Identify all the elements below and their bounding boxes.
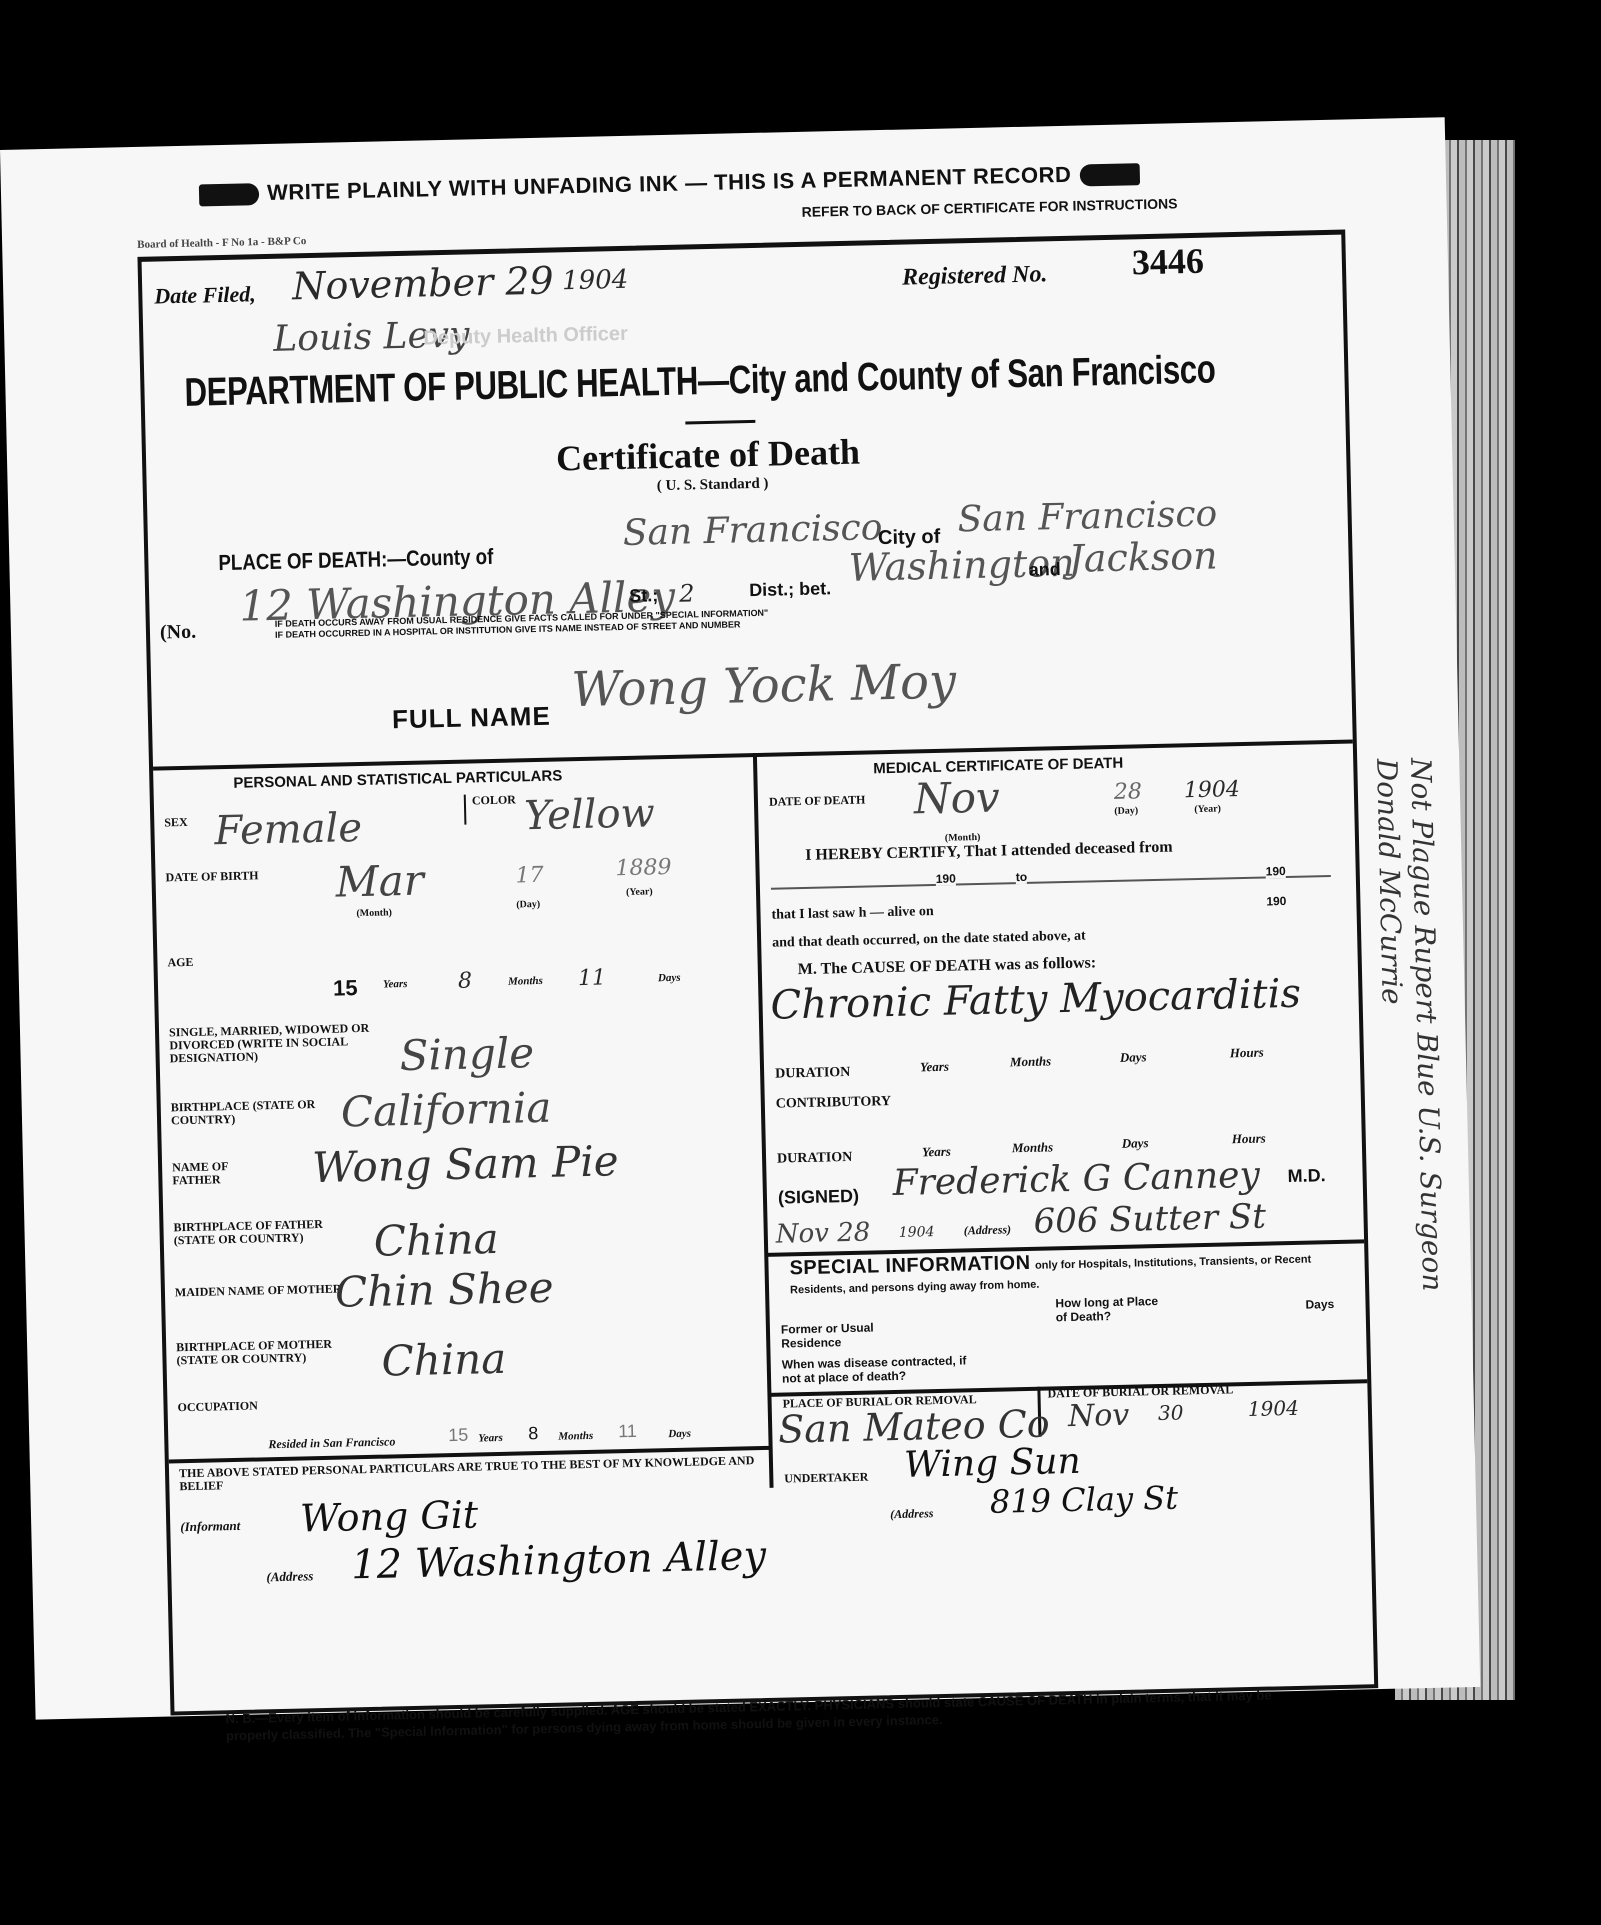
date-filed-value: November 29: [292, 258, 554, 308]
mother-label: MAIDEN NAME OF MOTHER: [175, 1282, 345, 1299]
certificate-page: WRITE PLAINLY WITH UNFADING INK — THIS I…: [0, 117, 1480, 1719]
signed-label: (SIGNED): [778, 1186, 859, 1209]
color-value: Yellow: [524, 790, 656, 839]
last-saw-text: that I last saw h — alive on: [771, 904, 934, 924]
resided-days: 11: [618, 1421, 637, 1442]
duration-months-2: Months: [1012, 1139, 1054, 1156]
city-value: San Francisco: [957, 493, 1217, 540]
resided-days-caption: Days: [668, 1428, 691, 1441]
mother-birthplace-label: BIRTHPLACE OF MOTHER (State or Country): [176, 1337, 347, 1367]
father-value: Wong Sam Pie: [312, 1136, 619, 1192]
burial-date-year: 1904: [1248, 1396, 1299, 1421]
certificate-frame: Date Filed, November 29 1904 Registered …: [137, 230, 1378, 1716]
how-long-label: How long at Place of Death?: [1055, 1294, 1166, 1324]
dob-label: DATE OF BIRTH: [165, 869, 258, 884]
physician-address-label: (Address): [964, 1222, 1012, 1238]
dod-day: 28: [1114, 779, 1143, 805]
date-filed-year: 1904: [562, 265, 629, 296]
color-label: COLOR: [472, 793, 516, 807]
physician-signature: Frederick G Canney: [892, 1155, 1260, 1204]
age-days: 11: [578, 965, 607, 991]
pointing-hand-icon: [1079, 163, 1139, 186]
resided-years-caption: Years: [478, 1432, 503, 1445]
full-name-label: FULL NAME: [392, 701, 551, 736]
dod-day-caption: (Day): [1114, 804, 1138, 818]
former-residence-label: Former or Usual Residence: [781, 1320, 882, 1350]
printer-line: Board of Health - F No 1a - B&P Co: [137, 235, 306, 251]
to-label: to: [1016, 870, 1028, 884]
age-years-caption: Years: [383, 978, 408, 991]
duration-days: Days: [1120, 1049, 1147, 1066]
father-birthplace-value: China: [373, 1214, 499, 1266]
between-street-2: Jackson: [1068, 533, 1218, 580]
dod-year: 1904: [1184, 777, 1241, 803]
full-name-value: Wong Yock Moy: [571, 653, 957, 718]
place-of-death-label: PLACE OF DEATH:—County of: [218, 544, 493, 576]
street-no-label: (No.: [160, 621, 197, 645]
pointing-hand-icon: [199, 183, 259, 206]
contracted-label: When was disease contracted, if not at p…: [782, 1353, 983, 1386]
refer-instructions: REFER TO BACK OF CERTIFICATE FOR INSTRUC…: [801, 195, 1177, 220]
age-years: 15: [333, 975, 358, 1002]
resided-label: Resided in San Francisco: [268, 1434, 395, 1452]
marital-label: SINGLE, MARRIED, WIDOWED OR DIVORCED (Wr…: [169, 1021, 390, 1065]
date-filed-label: Date Filed,: [154, 281, 256, 309]
duration-label-2: DURATION: [777, 1151, 852, 1166]
sex-label: SEX: [164, 816, 188, 830]
margin-annotation: Not Plague Rupert Blue U.S. Surgeon Dona…: [1369, 758, 1449, 1293]
duration-hours-2: Hours: [1232, 1131, 1266, 1148]
officer-title: Deputy Health Officer: [423, 323, 628, 351]
resided-months-caption: Months: [558, 1430, 593, 1443]
birthplace-value: California: [340, 1083, 552, 1137]
us-standard: ( U. S. Standard ): [657, 476, 769, 496]
burial-date-month: Nov: [1068, 1398, 1130, 1434]
burial-date-day: 30: [1158, 1400, 1184, 1425]
birthplace-label: BIRTHPLACE (State or Country): [171, 1097, 352, 1127]
duration-hours: Hours: [1230, 1045, 1264, 1062]
resided-years: 15: [448, 1425, 469, 1446]
age-months-caption: Months: [508, 975, 543, 988]
personal-section-title: PERSONAL AND STATISTICAL PARTICULARS: [233, 767, 562, 791]
physician-address: 606 Sutter St: [1033, 1197, 1266, 1242]
resided-months: 8: [528, 1423, 538, 1444]
cause-value: Chronic Fatty Myocarditis: [770, 971, 1301, 1029]
certify-text: I HEREBY CERTIFY, That I attended deceas…: [805, 839, 1173, 865]
special-title: SPECIAL INFORMATION: [789, 1252, 1030, 1279]
marital-value: Single: [399, 1028, 535, 1080]
district-label: Dist.; bet.: [749, 578, 831, 601]
undertaker-address-value: 819 Clay St: [989, 1479, 1178, 1521]
dod-label: DATE OF DEATH: [769, 794, 866, 809]
month-caption: (Month): [356, 906, 392, 920]
duration-years-2: Years: [922, 1144, 951, 1161]
mother-birthplace-value: China: [381, 1334, 507, 1386]
county-value: San Francisco: [622, 507, 882, 554]
age-days-caption: Days: [658, 972, 681, 985]
dob-day: 17: [515, 863, 544, 889]
sex-value: Female: [214, 805, 362, 854]
duration-label: DURATION: [775, 1066, 850, 1081]
informant-address-label: (Address: [266, 1568, 313, 1585]
registered-no-label: Registered No.: [902, 261, 1048, 291]
from-year: 190: [936, 872, 956, 886]
undertaker-address-label: (Address: [890, 1506, 934, 1522]
and-label: and: [1029, 559, 1061, 581]
duration-months: Months: [1010, 1053, 1052, 1070]
last-saw-year: 190: [1266, 894, 1286, 908]
attended-dates-line: [771, 865, 1331, 890]
occurred-text: and that death occurred, on the date sta…: [772, 929, 1086, 952]
informant-value: Wong Git: [300, 1493, 479, 1541]
father-label: NAME OF FATHER: [172, 1159, 273, 1187]
signed-date: Nov 28: [775, 1218, 870, 1250]
to-year: 190: [1266, 864, 1286, 878]
street-label: St.;: [629, 585, 658, 607]
how-long-days-label: Days: [1305, 1297, 1334, 1312]
mother-value: Chin Shee: [334, 1263, 554, 1317]
certificate-title: Certificate of Death: [556, 431, 861, 480]
father-birthplace-label: BIRTHPLACE OF FATHER (State or Country): [173, 1217, 344, 1247]
informant-address-value: 12 Washington Alley: [351, 1533, 767, 1588]
dod-year-caption: (Year): [1194, 802, 1221, 816]
dob-month: Mar: [335, 856, 424, 907]
registered-no: 3446: [1131, 240, 1204, 284]
informant-label: (Informant: [180, 1518, 240, 1535]
dod-month: Nov: [913, 772, 1000, 823]
md-label: M.D.: [1287, 1165, 1325, 1187]
undertaker-value: Wing Sun: [904, 1441, 1081, 1486]
age-months: 8: [458, 969, 473, 994]
contributory-label: CONTRIBUTORY: [776, 1095, 891, 1111]
district-value: 2: [679, 579, 695, 607]
occupation-label: OCCUPATION: [177, 1399, 258, 1414]
undertaker-label: UNDERTAKER: [784, 1471, 868, 1486]
duration-days-2: Days: [1122, 1135, 1149, 1152]
duration-years: Years: [920, 1059, 949, 1076]
signed-year: 1904: [899, 1224, 935, 1241]
dob-year: 1889: [615, 855, 672, 881]
age-label: AGE: [167, 956, 193, 970]
year-caption: (Year): [626, 885, 653, 899]
day-caption: (Day): [516, 898, 540, 912]
